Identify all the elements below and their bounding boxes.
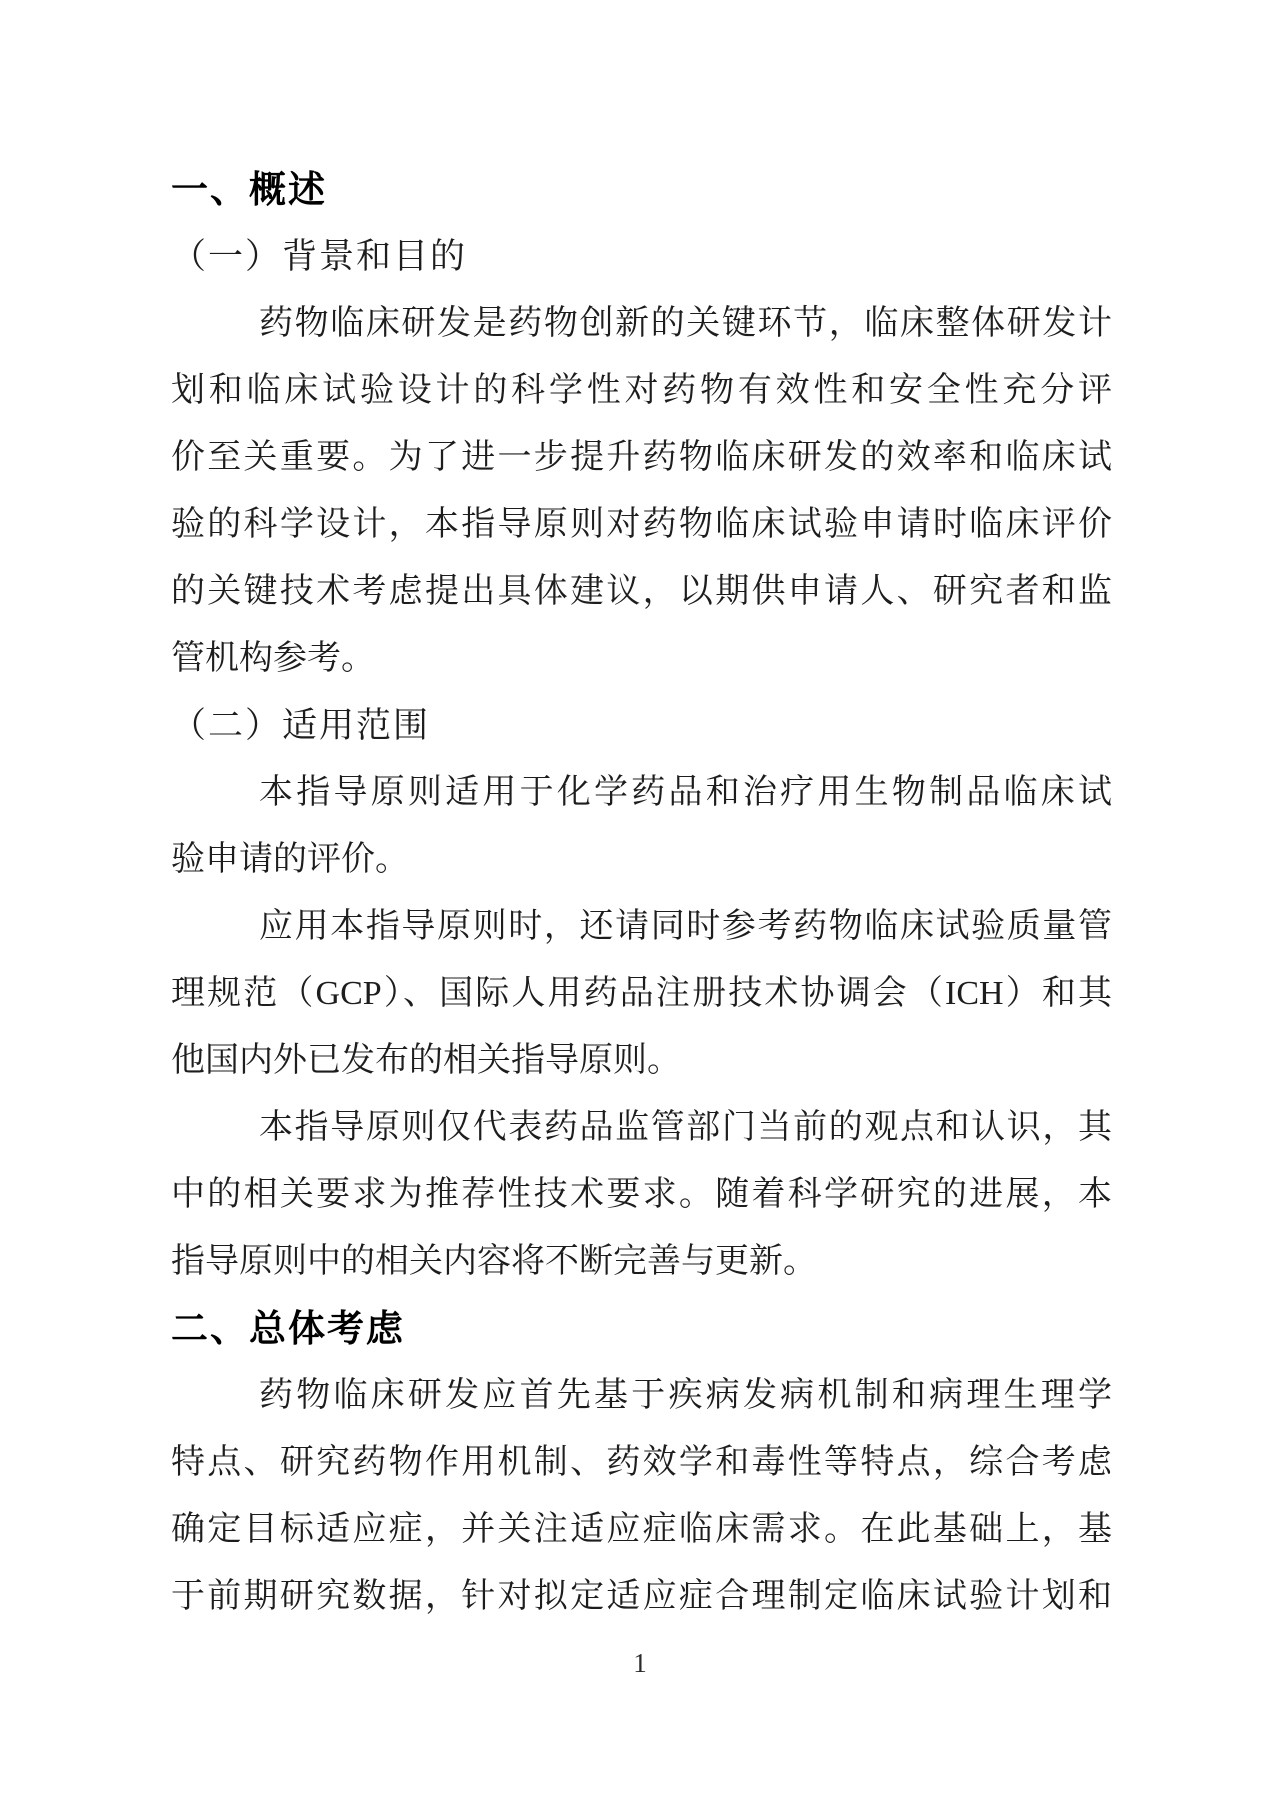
paragraph-line: 中的相关要求为推荐性技术要求。随着科学研究的进展，本 — [171, 1161, 1112, 1228]
paragraph-line: 确定目标适应症，并关注适应症临床需求。在此基础上，基 — [171, 1496, 1112, 1563]
paragraph-line: 管机构参考。 — [171, 625, 1112, 692]
paragraph-line: 理规范（GCP）、国际人用药品注册技术协调会（ICH）和其 — [171, 960, 1112, 1027]
paragraph-line: 验的科学设计，本指导原则对药物临床试验申请时临床评价 — [171, 491, 1112, 558]
paragraph-line: 本指导原则适用于化学药品和治疗用生物制品临床试 — [171, 759, 1112, 826]
paragraph-line: 药物临床研发应首先基于疾病发病机制和病理生理学 — [171, 1362, 1112, 1429]
paragraph-line: 他国内外已发布的相关指导原则。 — [171, 1027, 1112, 1094]
document-body: 一、概述（一）背景和目的药物临床研发是药物创新的关键环节，临床整体研发计划和临床… — [171, 156, 1112, 1630]
paragraph-line: 药物临床研发是药物创新的关键环节，临床整体研发计 — [171, 290, 1112, 357]
paragraph-line: 应用本指导原则时，还请同时参考药物临床试验质量管 — [171, 893, 1112, 960]
paragraph-line: 划和临床试验设计的科学性对药物有效性和安全性充分评 — [171, 357, 1112, 424]
paragraph-line: 于前期研究数据，针对拟定适应症合理制定临床试验计划和 — [171, 1563, 1112, 1630]
paragraph-line: 本指导原则仅代表药品监管部门当前的观点和认识，其 — [171, 1094, 1112, 1161]
paragraph-line: 的关键技术考虑提出具体建议，以期供申请人、研究者和监 — [171, 558, 1112, 625]
sub-heading-line: （一）背景和目的 — [171, 223, 1112, 290]
page-number: 1 — [0, 1630, 1280, 1697]
paragraph-line: 价至关重要。为了进一步提升药物临床研发的效率和临床试 — [171, 424, 1112, 491]
document-page: 一、概述（一）背景和目的药物临床研发是药物创新的关键环节，临床整体研发计划和临床… — [0, 0, 1280, 1810]
paragraph-line: 指导原则中的相关内容将不断完善与更新。 — [171, 1228, 1112, 1295]
section-heading-line: 二、总体考虑 — [171, 1295, 1112, 1362]
section-heading-line: 一、概述 — [171, 156, 1112, 223]
paragraph-line: 特点、研究药物作用机制、药效学和毒性等特点，综合考虑 — [171, 1429, 1112, 1496]
sub-heading-line: （二）适用范围 — [171, 692, 1112, 759]
paragraph-line: 验申请的评价。 — [171, 826, 1112, 893]
